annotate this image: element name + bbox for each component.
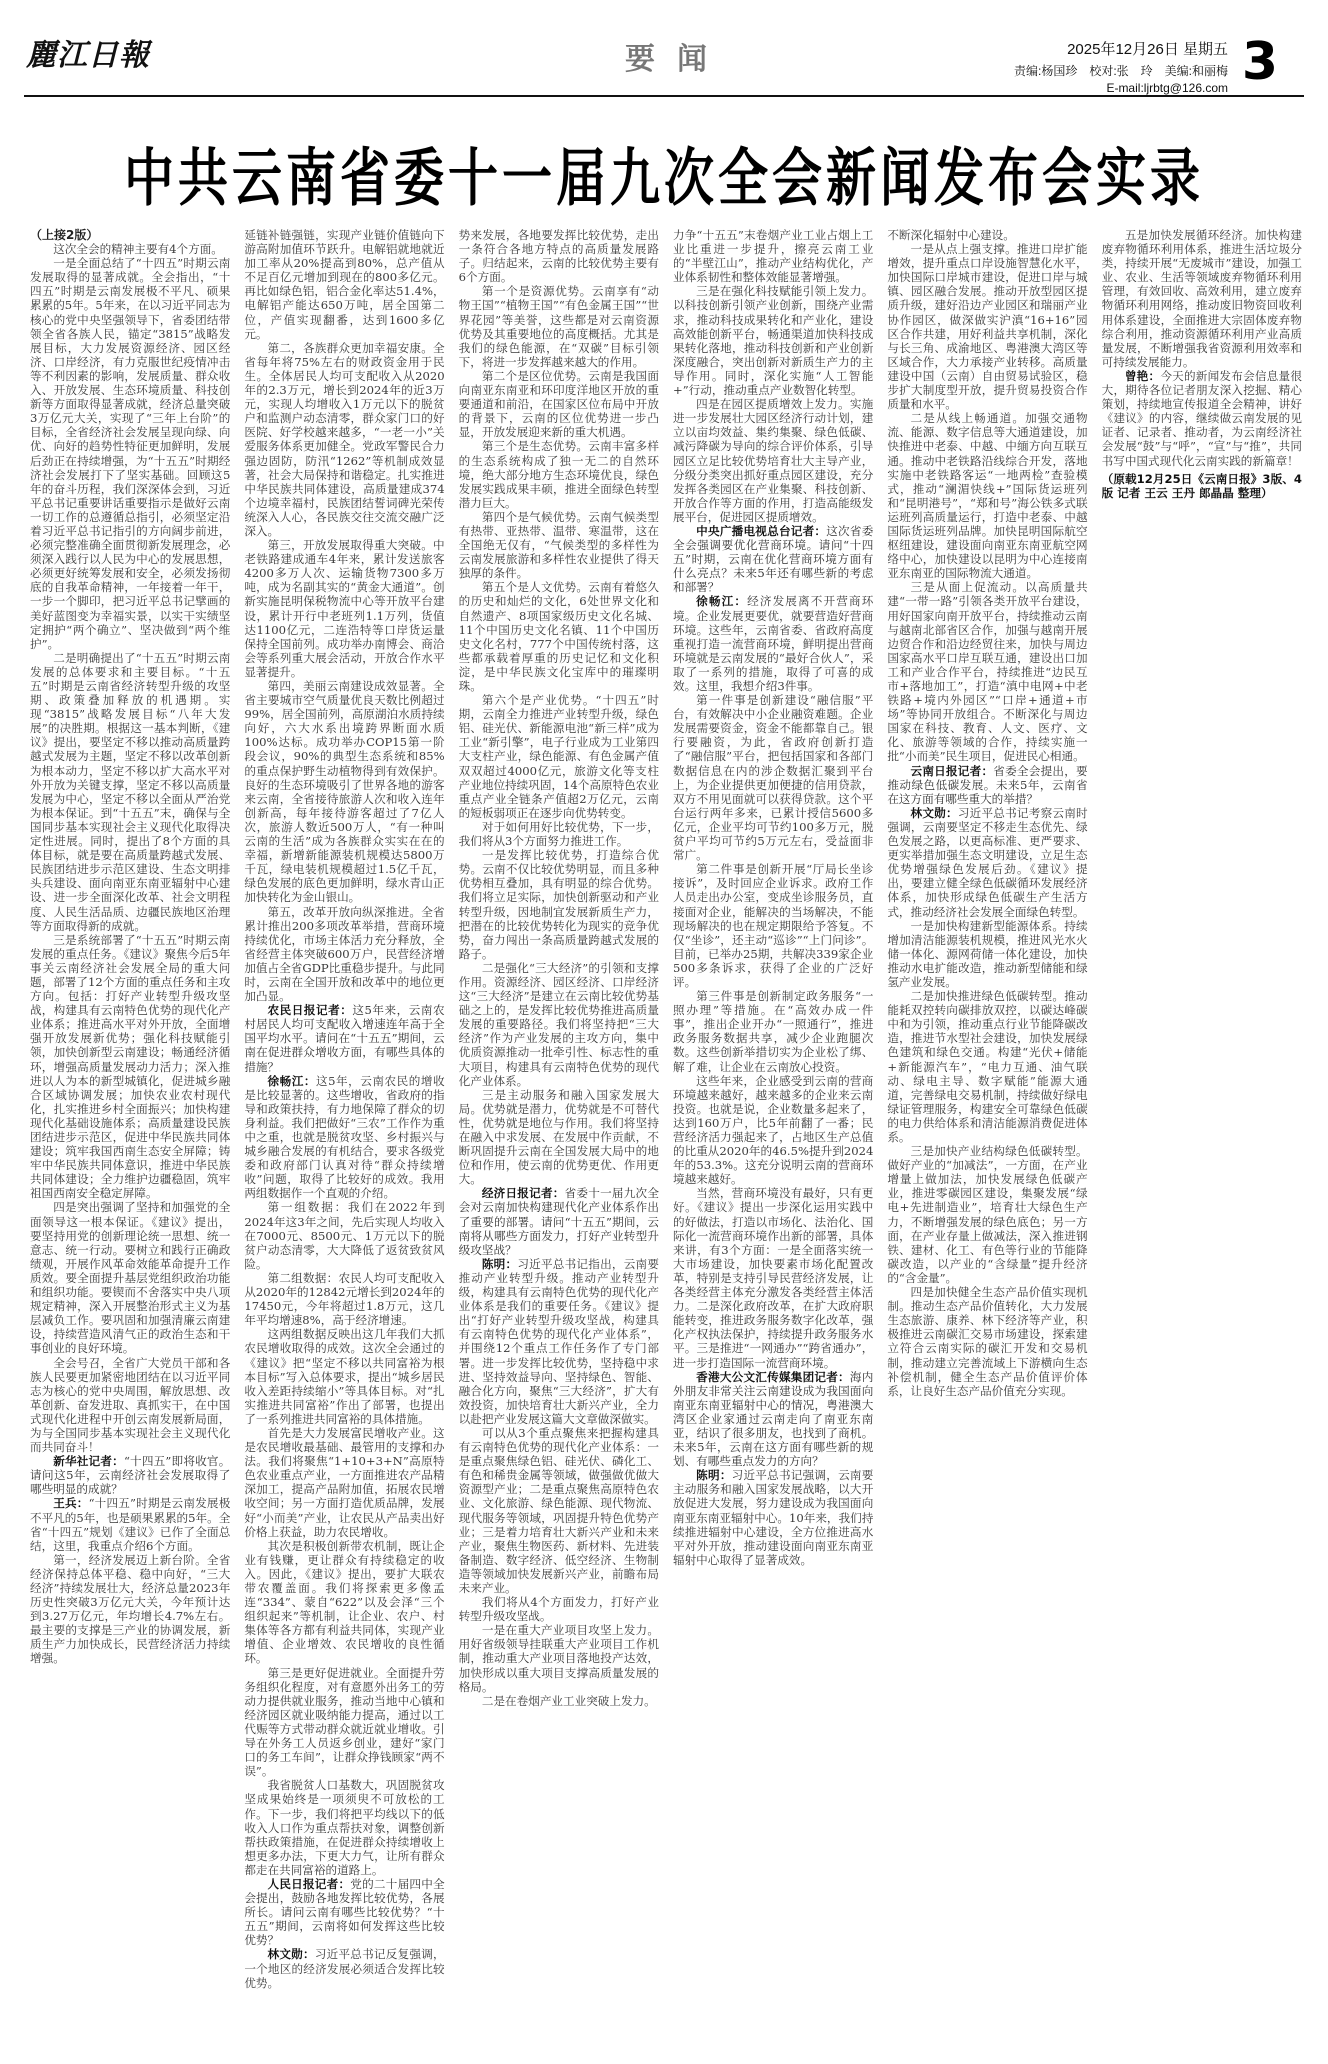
reporter-label: 新华社记者： xyxy=(53,1454,124,1468)
answer: 徐畅江：这5年，云南农民的增收是比较显著的。这些增收，省政府的指导和政策扶持，有… xyxy=(244,1074,444,1201)
speaker-label: 曾艳： xyxy=(1125,369,1160,383)
answer: 陈明：习近平总书记强调，云南要主动服务和融入国家发展战略，以大开放促进大发展，努… xyxy=(673,1468,873,1567)
paragraph: 这两组数据反映出这几年我们大抓农民增收取得的成效。这次全会通过的《建议》把“坚定… xyxy=(244,1327,444,1426)
paragraph: 第一组数据：我们在2022年到2024年这3年之间，先后实现人均收入在7000元… xyxy=(244,1200,444,1270)
answer-text: 习近平总书记指出，云南要推动产业转型升级。推动产业转型升级，构建具有云南特色优势… xyxy=(459,1257,659,1426)
column-4: 力争“十五五”末卷烟产业工业占烟上工业比重进一步提升，擦亮云南工业的“半壁江山”… xyxy=(673,228,873,2056)
answerer-label: 林文勋： xyxy=(911,806,958,820)
paragraph: 二是从线上畅通道。加强交通物流、能源、数字信息等大通道建设，加快推进中老泰、中越… xyxy=(887,411,1087,580)
paragraph: 二是在卷烟产业工业突破上发力。 xyxy=(459,1694,659,1708)
answerer-label: 徐畅江： xyxy=(268,1074,317,1088)
paragraph: 其次是积极创新带农机制，既让企业有钱赚，更让群众有持续稳定的收入。因此，《建议》… xyxy=(244,1539,444,1666)
paragraph: 第一件事是创新建设“融信服”平台，有效解决中小企业融资难题。企业发展需要资金，资… xyxy=(673,693,873,862)
article-headline: 中共云南省委十一届九次全会新闻发布会实录 xyxy=(0,128,1328,218)
paragraph: 三是在强化科技赋能引领上发力。以科技创新引领产业创新，围绕产业需求，推动科技成果… xyxy=(673,284,873,397)
paragraph: 第三个是生态优势。云南丰富多样的生态系统构成了独一无二的自然环境，绝大部分地方生… xyxy=(459,439,659,509)
answerer-label: 徐畅江： xyxy=(696,594,747,608)
paragraph: 第三，开放发展取得重大突破。中老铁路建成通车4年来，累计发送旅客4200多万人次… xyxy=(244,538,444,679)
reporter-label: 香港大公文汇传媒集团记者： xyxy=(696,1370,850,1384)
paragraph: 这些年来，企业感受到云南的营商环境越来越好，越来越多的企业来云南投资。也就是说，… xyxy=(673,1074,873,1187)
answerer-label: 林文勋： xyxy=(268,1947,315,1961)
paragraph: 我们将从4个方面发力，打好产业转型升级攻坚战。 xyxy=(459,1595,659,1623)
answerer-label: 陈明： xyxy=(482,1257,517,1271)
paragraph: 第四，美丽云南建设成效显著。全省主要城市空气质量优良天数比例超过99%，居全国前… xyxy=(244,679,444,905)
paragraph: 三是主动服务和融入国家发展大局。优势就是潜力，优势就是不可替代性，优势就是地位与… xyxy=(459,1088,659,1187)
issue-meta: 2025年12月26日 星期五 责编:杨国珍 校对:张 玲 美编:和丽梅 E-m… xyxy=(1014,38,1228,95)
question: 香港大公文汇传媒集团记者：海内外朋友非常关注云南建设成为我国面向南亚东南亚辐射中… xyxy=(673,1370,873,1469)
paragraph: 一是从点上强支撑。推进口岸扩能增效，提升重点口岸设施智慧化水平，加快国际口岸城市… xyxy=(887,242,1087,411)
closing-text: 今天的新闻发布会信息量很大，期待各位记者朋友深入挖掘、精心策划，持续地宣传报道全… xyxy=(1102,369,1302,468)
contact-email: E-mail:ljrbtg@126.com xyxy=(1014,81,1228,95)
paragraph: 第三件事是创新制定政务服务“一照办理”等措施。在“高效办成一件事”，推出企业开办… xyxy=(673,989,873,1074)
question: 中央广播电视总台记者：这次省委全会强调要优化营商环境。请问“十四五”时期，云南在… xyxy=(673,524,873,594)
paragraph: 五是加快发展循环经济。加快构建废弃物循环利用体系，推进生活垃圾分类，持续开展“无… xyxy=(1102,228,1302,369)
newspaper-logo: 麗江日報 xyxy=(26,30,150,74)
paragraph: 二是强化“三大经济”的引领和支撑作用。资源经济、园区经济、口岸经济这“三大经济”… xyxy=(459,961,659,1088)
paragraph: 第一，经济发展迈上新台阶。全省经济保持总体平稳、稳中向好，“三大经济”持续发展壮… xyxy=(30,1553,230,1666)
answer: 林文勋：习近平总书记考察云南时强调，云南要坚定不移走生态优先、绿色发展之路，以更… xyxy=(887,806,1087,919)
paragraph: 第二件事是创新开展“厅局长坐诊接诉”，及时回应企业诉求。政府工作人员走出办公室，… xyxy=(673,862,873,989)
answer: 王兵：“十四五”时期是云南发展极不平凡的5年，也是硕果累累的5年。全省“十四五”… xyxy=(30,1496,230,1552)
paragraph: 势来发展，各地要发挥比较优势，走出一条符合各地方特点的高质量发展路子。归结起来，… xyxy=(459,228,659,284)
masthead: 麗江日報 要闻 2025年12月26日 星期五 责编:杨国珍 校对:张 玲 美编… xyxy=(0,0,1328,92)
answerer-label: 王兵： xyxy=(53,1496,88,1510)
paragraph: 力争“十五五”末卷烟产业工业占烟上工业比重进一步提升，擦亮云南工业的“半壁江山”… xyxy=(673,228,873,284)
answer: 陈明：习近平总书记指出，云南要推动产业转型升级。推动产业转型升级，构建具有云南特… xyxy=(459,1257,659,1426)
column-1: （上接2版） 这次全会的精神主要有4个方面。 一是全面总结了“十四五”时期云南发… xyxy=(30,228,230,2056)
column-6: 五是加快发展循环经济。加快构建废弃物循环利用体系，推进生活垃圾分类，持续开展“无… xyxy=(1102,228,1302,2056)
question: 云南日报记者：省委全会提出，要推动绿色低碳发展。未来5年，云南省在这方面有哪些重… xyxy=(887,764,1087,806)
page-number: 3 xyxy=(1242,36,1278,88)
paragraph: 全会号召，全省广大党员干部和各族人民要更加紧密地团结在以习近平同志为核心的党中央… xyxy=(30,1356,230,1455)
reporter-label: 农民日报记者： xyxy=(268,1003,353,1017)
paragraph: 可以从3个重点聚焦来把握构建具有云南特色优势的现代化产业体系：一是重点聚焦绿色铝… xyxy=(459,1426,659,1595)
paragraph: 第三是更好促进就业。全面提升劳务组织化程度，对有意愿外出务工的劳动力提供就业服务… xyxy=(244,1666,444,1779)
paragraph: 三是加快产业结构绿色低碳转型。做好产业的“加减法”，一方面，在产业增量上做加法，… xyxy=(887,1144,1087,1285)
paragraph: 四是在园区提质增效上发力。实施进一步发展壮大园区经济行动计划，建立以亩均效益、集… xyxy=(673,397,873,524)
answer-text: 习近平总书记考察云南时强调，云南要坚定不移走生态优先、绿色发展之路，以更高标准、… xyxy=(887,806,1087,919)
paragraph: 三是系统部署了“十五五”时期云南发展的重点任务。《建议》聚焦今后5年事关云南经济… xyxy=(30,933,230,1201)
continued-from: （上接2版） xyxy=(30,228,230,242)
paragraph: 一是在重大产业项目攻坚上发力。用好省级领导挂联重大产业项目工作机制，推动重大产业… xyxy=(459,1623,659,1693)
paragraph: 第二组数据：农民人均可支配收入从2020年的12842元增长到2024年的174… xyxy=(244,1271,444,1327)
answer-text: 经济发展离不开营商环境。企业发展更要优，就要营造好营商环境。这些年，云南省委、省… xyxy=(673,594,873,693)
paragraph: 第一个是资源优势。云南享有“动物王国”“植物王国”“有色金属王国”“世界花园”等… xyxy=(459,284,659,369)
paragraph: 第五，改革开放向纵深推进。全省累计推出200多项改革举措，营商环境持续优化，市场… xyxy=(244,905,444,1004)
paragraph: 二是明确提出了“十五五”时期云南发展的总体要求和主要目标。“十五五”时期是云南省… xyxy=(30,651,230,933)
question: 农民日报记者：这5年来，云南农村居民人均可支配收入增速连年高于全国平均水平。请问… xyxy=(244,1003,444,1073)
paragraph: 这次全会的精神主要有4个方面。 xyxy=(30,242,230,256)
paragraph: 第二个是区位优势。云南是我国面向南亚东南亚和环印度洋地区开放的重要通道和前沿，在… xyxy=(459,369,659,439)
reporter-label: 人民日报记者： xyxy=(268,1877,351,1891)
reporter-label: 云南日报记者： xyxy=(911,764,994,778)
paragraph: 不断深化辐射中心建设。 xyxy=(887,228,1087,242)
issue-date: 2025年12月26日 星期五 xyxy=(1014,38,1228,59)
paragraph: 第四个是气候优势。云南气候类型有热带、亚热带、温带、寒温带，这在全国绝无仅有，“… xyxy=(459,510,659,580)
paragraph: 第二，各族群众更加幸福安康。全省每年将75%左右的财政资金用于民生。全体居民人均… xyxy=(244,341,444,538)
column-3: 势来发展，各地要发挥比较优势，走出一条符合各地方特点的高质量发展路子。归结起来，… xyxy=(459,228,659,2056)
section-title: 要闻 xyxy=(625,34,729,78)
column-2: 延链补链强链，实现产业链价值链向下游高附加值环节跃升。电解铝就地就近加工率从20… xyxy=(244,228,444,2056)
header-rule xyxy=(24,95,1304,97)
paragraph: 三是从面上促流动。以高质量共建“一带一路”引领各类开放平台建设，用好国家向南开放… xyxy=(887,580,1087,763)
reporter-label: 经济日报记者： xyxy=(482,1186,565,1200)
question-text: 海内外朋友非常关注云南建设成为我国面向南亚东南亚辐射中心的情况，粤港澳大湾区企业… xyxy=(673,1370,873,1469)
answer-text: 这5年，云南农民的增收是比较显著的。这些增收，省政府的指导和政策扶持，有力地保障… xyxy=(244,1074,444,1201)
paragraph: 四是加快健全生态产品价值实现机制。推动生态产品价值转化，大力发展生态旅游、康养、… xyxy=(887,1285,1087,1398)
article-body: （上接2版） 这次全会的精神主要有4个方面。 一是全面总结了“十四五”时期云南发… xyxy=(30,228,1302,2056)
paragraph: 一是加快构建新型能源体系。持续增加清洁能源装机规模，推进风光水火储一体化、源网荷… xyxy=(887,919,1087,989)
paragraph: 首先是大力发展富民增收产业。这是农民增收最基础、最管用的支撑和办法。我们将聚焦“… xyxy=(244,1426,444,1539)
paragraph: 第六个是产业优势。“十四五”时期，云南全力推进产业转型升级，绿色铝、硅光伏、新能… xyxy=(459,693,659,820)
column-5: 不断深化辐射中心建设。 一是从点上强支撑。推进口岸扩能增效，提升重点口岸设施智慧… xyxy=(887,228,1087,2056)
question: 新华社记者：“十四五”即将收官。请问这5年，云南经济社会发展取得了哪些明显的成就… xyxy=(30,1454,230,1496)
answer: 徐畅江：经济发展离不开营商环境。企业发展更要优，就要营造好营商环境。这些年，云南… xyxy=(673,594,873,693)
paragraph: 一是发挥比较优势，打造综合优势。云南不仅比较优势明显，而且多种优势相互叠加，具有… xyxy=(459,848,659,961)
answer: 林文勋：习近平总书记反复强调，一个地区的经济发展必须适合发挥比较优势。 xyxy=(244,1947,444,1989)
paragraph: 一是全面总结了“十四五”时期云南发展取得的显著成就。全会指出，“十四五”时期是云… xyxy=(30,256,230,651)
answerer-label: 陈明： xyxy=(696,1468,731,1482)
paragraph: 对于如何用好比较优势，下一步，我们将从3个方面努力推进工作。 xyxy=(459,820,659,848)
answer-text: 习近平总书记强调，云南要主动服务和融入国家发展战略，以大开放促进大发展，努力建设… xyxy=(673,1468,873,1567)
paragraph: 延链补链强链，实现产业链价值链向下游高附加值环节跃升。电解铝就地就近加工率从20… xyxy=(244,228,444,341)
paragraph: 当然，营商环境没有最好，只有更好。《建议》提出一步深化运用实践中的好做法，打造以… xyxy=(673,1186,873,1369)
paragraph: 二是加快推进绿色低碳转型。推动能耗双控转向碳排放双控，以碳达峰碳中和为引领，推动… xyxy=(887,989,1087,1144)
source-note: （原载12月25日《云南日报》3版、4版 记者 王云 王丹 郎晶晶 整理） xyxy=(1102,472,1302,500)
editorial-staff: 责编:杨国珍 校对:张 玲 美编:和丽梅 xyxy=(1014,62,1228,79)
paragraph: 第五个是人文优势。云南有着悠久的历史和灿烂的文化，6处世界文化和自然遗产、8项国… xyxy=(459,580,659,693)
question: 经济日报记者：省委十一届九次全会对云南加快构建现代化产业体系作出了重要的部署。请… xyxy=(459,1186,659,1256)
closing-remarks: 曾艳：今天的新闻发布会信息量很大，期待各位记者朋友深入挖掘、精心策划，持续地宣传… xyxy=(1102,369,1302,468)
reporter-label: 中央广播电视总台记者： xyxy=(696,524,826,538)
paragraph: 我省脱贫人口基数大，巩固脱贫攻坚成果始终是一项须臾不可放松的工作。下一步，我们将… xyxy=(244,1778,444,1877)
paragraph: 四是突出强调了坚持和加强党的全面领导这一根本保证。《建议》提出，要坚持用党的创新… xyxy=(30,1200,230,1355)
question: 人民日报记者：党的二十届四中全会提出，鼓励各地发挥比较优势，各展所长。请问云南有… xyxy=(244,1877,444,1947)
